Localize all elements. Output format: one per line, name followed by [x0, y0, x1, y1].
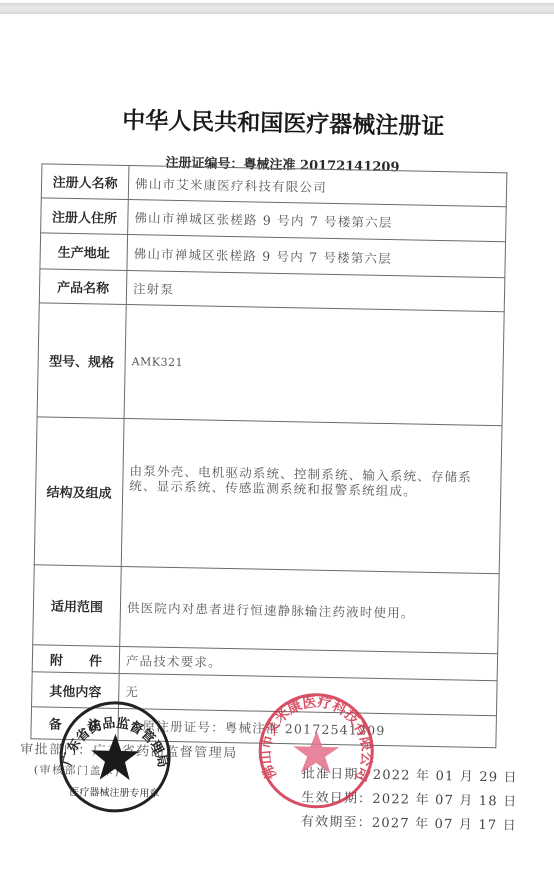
field-label: 注册人名称: [41, 164, 129, 200]
valid-until: 有效期至：2027 年 07 月 17 日: [301, 810, 517, 833]
field-label: 结构及组成: [34, 417, 124, 567]
company-seal: 佛山市艾米康医疗科技有限公司: [255, 690, 377, 812]
approval-date-value: 2022 年 01 月 29 日: [373, 768, 518, 786]
government-seal-graphic: 广东省药品监督管理局 医疗器械注册专用章: [57, 699, 173, 815]
document-title: 中华人民共和国医疗器械注册证: [6, 100, 554, 144]
field-value: AMK321: [124, 305, 504, 426]
field-value: 由泵外壳、电机驱动系统、控制系统、输入系统、存储系统、显示系统、传感监测系统和报…: [121, 419, 502, 574]
field-label: 附 件: [32, 645, 120, 674]
field-label: 型号、规格: [37, 303, 126, 419]
field-label: 注册人住所: [41, 198, 129, 235]
table-row: 结构及组成 由泵外壳、电机驱动系统、控制系统、输入系统、存储系统、显示系统、传感…: [34, 417, 502, 574]
field-value: 供医院内对患者进行恒速静脉输注药液时使用。: [120, 566, 499, 653]
star-icon: [293, 730, 340, 774]
table-row: 型号、规格 AMK321: [37, 303, 504, 426]
field-label: 适用范围: [33, 565, 122, 647]
table-row: 适用范围 供医院内对患者进行恒速静脉输注药液时使用。: [33, 565, 499, 654]
valid-until-value: 2027 年 07 月 17 日: [372, 816, 517, 834]
government-seal-bottom-text: 医疗器械注册专用章: [69, 785, 159, 800]
company-seal-graphic: 佛山市艾米康医疗科技有限公司: [255, 690, 377, 812]
certificate-table: 注册人名称 佛山市艾米康医疗科技有限公司 注册人住所 佛山市禅城区张槎路 9 号…: [30, 163, 507, 748]
effective-date-value: 2022 年 07 月 18 日: [372, 792, 517, 810]
certificate-page: 中华人民共和国医疗器械注册证 注册证编号：粤械注准 20172141209 注册…: [0, 0, 554, 896]
field-label: 生产地址: [40, 233, 128, 271]
valid-until-label: 有效期至：: [301, 814, 372, 830]
government-seal: 广东省药品监督管理局 医疗器械注册专用章: [57, 699, 173, 815]
field-label: 产品名称: [39, 269, 127, 305]
star-icon: [91, 733, 140, 780]
